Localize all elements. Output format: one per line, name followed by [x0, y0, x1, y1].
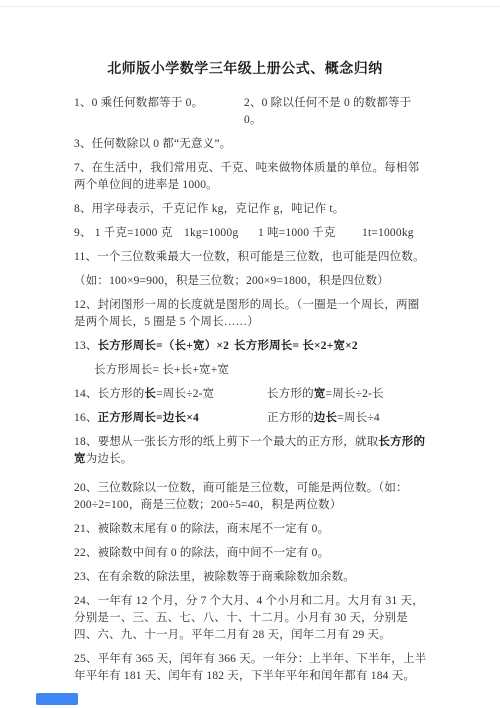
- text-segment-bold: 宽: [314, 388, 326, 400]
- paragraph: 13、长方形周长=（长+宽）×2长方形周长= 长×2+宽×2: [74, 338, 430, 355]
- paragraph-column: 9、 1 千克=1000 克: [74, 225, 184, 242]
- paragraph-column: 21、被除数末尾有 0 的除法，商末尾不一定有 0。: [74, 521, 430, 538]
- paragraph: 18、要想从一张长方形的纸上剪下一个最大的正方形，就取长方形的宽为边长。: [74, 434, 430, 468]
- text-segment: 11、一个三位数乘最大一位数，积可能是三位数，也可能是四位数。: [74, 251, 425, 263]
- text-segment: 16、: [74, 412, 98, 424]
- paragraph-column: 23、在有余数的除法里，被除数等于商乘除数加余数。: [74, 569, 430, 586]
- paragraph-column: 3、任何数除以 0 都“无意义”。: [74, 136, 430, 153]
- text-segment: 1、0 乘任何数都等于 0。: [74, 97, 203, 109]
- text-segment: 长方形的: [267, 388, 314, 400]
- blue-highlight-marker: [36, 693, 78, 705]
- paragraph-column: 16、正方形周长=边长×4: [74, 410, 267, 427]
- page-title: 北师版小学数学三年级上册公式、概念归纳: [60, 58, 430, 78]
- paragraph-column: 14、长方形的长=周长÷2-宽: [74, 386, 267, 403]
- text-segment: 9、 1 千克=1000 克: [74, 227, 172, 239]
- paragraph-column: 8、用字母表示，千克记作 kg，克记作 g，吨记作 t。: [74, 201, 430, 218]
- paragraph: 7、在生活中，我们常用克、千克、吨来做物体质量的单位。每相邻两个单位间的进率是 …: [74, 160, 430, 194]
- paragraph-column: 正方形的边长=周长÷4: [267, 410, 380, 427]
- paragraph: 9、 1 千克=1000 克1kg=1000g1 吨=1000 千克1t=100…: [74, 225, 430, 242]
- paragraph-column: 11、一个三位数乘最大一位数，积可能是三位数，也可能是四位数。: [74, 249, 430, 266]
- paragraph-column: 1kg=1000g: [184, 225, 258, 242]
- text-segment: 22、被除数中间有 0 的除法，商中间不一定有 0。: [74, 547, 329, 559]
- text-segment: =周长÷4: [337, 412, 380, 424]
- paragraph: 25、平年有 365 天，闰年有 366 天。一年分：上半年、下半年，上半年平年…: [74, 651, 430, 685]
- text-segment: 8、用字母表示，千克记作 kg，克记作 g，吨记作 t。: [74, 203, 344, 215]
- text-segment: 18、要想从一张长方形的纸上剪下一个最大的正方形，就取: [74, 436, 378, 448]
- text-segment: 长方形周长= 长+长+宽+宽: [94, 364, 229, 376]
- text-segment: 1kg=1000g: [184, 227, 238, 239]
- paragraph: 24、一年有 12 个月，分 7 个大月、4 个小月和二月。大月有 31 天，分…: [74, 593, 430, 644]
- text-segment: 7、在生活中，我们常用克、千克、吨来做物体质量的单位。每相邻两个单位间的进率是 …: [74, 162, 419, 191]
- paragraph: 22、被除数中间有 0 的除法，商中间不一定有 0。: [74, 545, 430, 562]
- paragraph-column: 22、被除数中间有 0 的除法，商中间不一定有 0。: [74, 545, 430, 562]
- paragraph: 12、封闭图形一周的长度就是图形的周长。（一圈是一个周长，两圈是两个周长，5 圈…: [74, 297, 430, 331]
- text-segment: 14、长方形的: [74, 388, 144, 400]
- paragraph: 11、一个三位数乘最大一位数，积可能是三位数，也可能是四位数。: [74, 249, 430, 266]
- text-segment: 25、平年有 365 天，闰年有 366 天。一年分：上半年、下半年，上半年平年…: [74, 653, 426, 682]
- text-segment: 1t=1000kg: [362, 227, 414, 239]
- paragraph-column: 18、要想从一张长方形的纸上剪下一个最大的正方形，就取长方形的宽为边长。: [74, 434, 430, 468]
- paragraph: 14、长方形的长=周长÷2-宽长方形的宽=周长÷2-长: [74, 386, 430, 403]
- paragraph: 21、被除数末尾有 0 的除法，商末尾不一定有 0。: [74, 521, 430, 538]
- text-segment: 3、任何数除以 0 都“无意义”。: [74, 138, 231, 150]
- top-divider: [0, 6, 500, 7]
- paragraph: 23、在有余数的除法里，被除数等于商乘除数加余数。: [74, 569, 430, 586]
- paragraph-column: 长方形的宽=周长÷2-长: [267, 386, 384, 403]
- text-segment: 1 吨=1000 千克: [258, 227, 336, 239]
- text-segment: 23、在有余数的除法里，被除数等于商乘除数加余数。: [74, 571, 355, 583]
- paragraph-column: 13、长方形周长=（长+宽）×2: [74, 338, 234, 355]
- text-segment: 21、被除数末尾有 0 的除法，商末尾不一定有 0。: [74, 523, 329, 535]
- paragraph-column: 12、封闭图形一周的长度就是图形的周长。（一圈是一个周长，两圈是两个周长，5 圈…: [74, 297, 430, 331]
- paragraph-column: 长方形周长= 长+长+宽+宽: [94, 362, 430, 379]
- text-segment: =周长÷2-长: [326, 388, 384, 400]
- paragraph-column: 7、在生活中，我们常用克、千克、吨来做物体质量的单位。每相邻两个单位间的进率是 …: [74, 160, 430, 194]
- text-segment-bold: 长方形周长= 长×2+宽×2: [234, 340, 358, 352]
- paragraph-column: 1 吨=1000 千克: [258, 225, 362, 242]
- paragraph-column: 20、三位数除以一位数，商可能是三位数，可能是两位数。（如：200÷2=100，…: [74, 480, 430, 514]
- paragraph: 16、正方形周长=边长×4正方形的边长=周长÷4: [74, 410, 430, 427]
- document-page: 北师版小学数学三年级上册公式、概念归纳 1、0 乘任何数都等于 0。2、0 除以…: [0, 0, 500, 708]
- text-segment: 24、一年有 12 个月，分 7 个大月、4 个小月和二月。大月有 31 天，分…: [74, 595, 424, 641]
- text-segment: 2、0 除以任何不是 0 的数都等于 0。: [244, 97, 411, 126]
- paragraph-column: 1t=1000kg: [362, 225, 414, 242]
- paragraph: （如：100×9=900，积是三位数；200×9=1800，积是四位数）: [74, 273, 430, 290]
- paragraph-column: 1、0 乘任何数都等于 0。: [74, 95, 244, 129]
- paragraph-list: 1、0 乘任何数都等于 0。2、0 除以任何不是 0 的数都等于 0。3、任何数…: [74, 95, 430, 685]
- text-segment-bold: 正方形周长=边长×4: [98, 412, 199, 424]
- paragraph: 3、任何数除以 0 都“无意义”。: [74, 136, 430, 153]
- text-segment-bold: 长: [144, 388, 156, 400]
- text-segment-bold: 边长: [314, 412, 337, 424]
- paragraph-column: 24、一年有 12 个月，分 7 个大月、4 个小月和二月。大月有 31 天，分…: [74, 593, 430, 644]
- text-segment: 12、封闭图形一周的长度就是图形的周长。（一圈是一个周长，两圈是两个周长，5 圈…: [74, 299, 419, 328]
- document-content: 北师版小学数学三年级上册公式、概念归纳 1、0 乘任何数都等于 0。2、0 除以…: [74, 58, 430, 692]
- paragraph-column: 长方形周长= 长×2+宽×2: [234, 338, 358, 355]
- text-segment: 20、三位数除以一位数，商可能是三位数，可能是两位数。（如：200÷2=100，…: [74, 482, 408, 511]
- paragraph: 20、三位数除以一位数，商可能是三位数，可能是两位数。（如：200÷2=100，…: [74, 480, 430, 514]
- paragraph-column: 25、平年有 365 天，闰年有 366 天。一年分：上半年、下半年，上半年平年…: [74, 651, 430, 685]
- paragraph: 长方形周长= 长+长+宽+宽: [74, 362, 430, 379]
- text-segment: （如：100×9=900，积是三位数；200×9=1800，积是四位数）: [74, 275, 389, 287]
- paragraph-column: 2、0 除以任何不是 0 的数都等于 0。: [244, 95, 430, 129]
- paragraph: 8、用字母表示，千克记作 kg，克记作 g，吨记作 t。: [74, 201, 430, 218]
- paragraph: 1、0 乘任何数都等于 0。2、0 除以任何不是 0 的数都等于 0。: [74, 95, 430, 129]
- text-segment: 为边长。: [86, 453, 133, 465]
- paragraph-column: （如：100×9=900，积是三位数；200×9=1800，积是四位数）: [74, 273, 430, 290]
- text-segment: 正方形的: [267, 412, 314, 424]
- text-segment: 13、: [74, 340, 98, 352]
- text-segment-bold: 长方形周长=（长+宽）×2: [98, 340, 230, 352]
- text-segment: =周长÷2-宽: [156, 388, 214, 400]
